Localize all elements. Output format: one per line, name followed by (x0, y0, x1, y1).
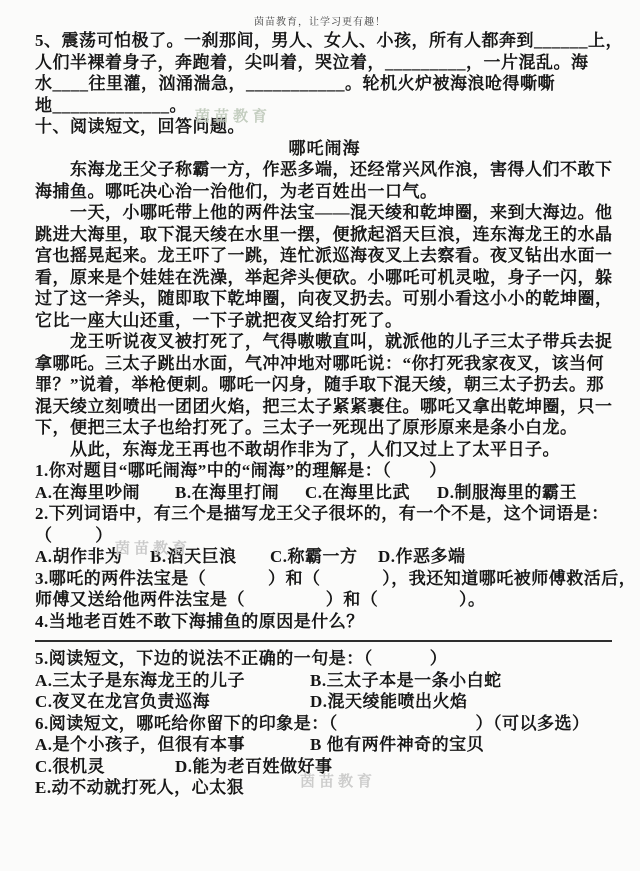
story-line: 一天，小哪吒带上他的两件法宝——混天绫和乾坤圈，来到大海边。他 (35, 202, 614, 224)
question-6-options-row1: A.是个小孩子，但很有本事 B 他有两件神奇的宝贝 (35, 734, 614, 756)
story-line: 龙王听说夜叉被打死了，气得嗷嗷直叫，就派他的儿子三太子带兵去捉 (35, 331, 614, 353)
question-3-line: 3.哪吒的两件法宝是（ ）和（ ），我还知道哪吒被师傅救活后， (35, 568, 614, 590)
question-2-options: A.胡作非为 B.滔天巨浪 C.称霸一方 D.作恶多端 (35, 546, 614, 568)
option-a: A.在海里吵闹 (35, 482, 175, 504)
option-b: B.在海里打闹 (175, 482, 305, 504)
story-line: 跳进大海里，取下混天绫在水里一摆，便掀起滔天巨浪，连东海龙王的水晶 (35, 224, 614, 246)
section-heading: 十、阅读短文，回答问题。 (35, 116, 614, 138)
option-d: D.混天绫能喷出火焰 (310, 691, 468, 713)
page-header-slogan: 茵苗教育，让学习更有趣！ (0, 0, 640, 30)
section-divider (35, 640, 612, 642)
worksheet-page: 茵苗教育，让学习更有趣！ 5、震荡可怕极了。一刹那间，男人、女人、小孩，所有人都… (0, 0, 640, 871)
option-b: B.三太子本是一条小白蛇 (310, 670, 502, 692)
worksheet-content: 5、震荡可怕极了。一刹那间，男人、女人、小孩，所有人都奔到______上， 人们… (0, 30, 640, 799)
story-line: 它比一座大山还重，一下子就把夜叉给打死了。 (35, 310, 614, 332)
story-line: 混天绫立刻喷出一团团火焰，把三太子紧紧裹住。哪吒又拿出乾坤圈，只一 (35, 396, 614, 418)
question-5-options-row1: A.三太子是东海龙王的儿子 B.三太子本是一条小白蛇 (35, 670, 614, 692)
fill-line: 地_____________。 (35, 95, 614, 117)
fill-line: 人们半裸着身子，奔跑着，尖叫着，哭泣着，_________，一片混乱。海 (35, 52, 614, 74)
question-2-text: 2.下列词语中，有三个是描写龙王父子很坏的，有一个不是，这个词语是： (35, 503, 614, 525)
question-6-text: 6.阅读短文，哪吒给你留下的印象是：（ ）（可以多选） (35, 713, 614, 735)
option-a: A.是个小孩子，但很有本事 (35, 734, 310, 756)
option-b: B.滔天巨浪 (150, 546, 270, 568)
option-d: D.能为老百姓做好事 (175, 756, 333, 778)
option-d: D.制服海里的霸王 (437, 482, 577, 504)
question-6-options-row2: C.很机灵 D.能为老百姓做好事 (35, 756, 614, 778)
story-line: 罪？”说着，举枪便刺。哪吒一闪身，随手取下混天绫，朝三太子扔去。那 (35, 374, 614, 396)
option-b: B 他有两件神奇的宝贝 (310, 734, 484, 756)
question-2-blank: （ ） (35, 525, 614, 547)
question-6-option-e: E.动不动就打死人，心太狠 (35, 777, 614, 799)
option-d: D.作恶多端 (378, 546, 466, 568)
question-1-text: 1.你对题目“哪吒闹海”中的“闹海”的理解是：（ ） (35, 460, 614, 482)
story-line: 宫也摇晃起来。龙王吓了一跳，连忙派巡海夜叉上去察看。夜叉钻出水面一 (35, 245, 614, 267)
story-line: 下，便把三太子也给打死了。三太子一死现出了原形原来是条小白龙。 (35, 417, 614, 439)
question-1-options: A.在海里吵闹 B.在海里打闹 C.在海里比武 D.制服海里的霸王 (35, 482, 614, 504)
story-line: 看，原来是个娃娃在洗澡，举起斧头便砍。小哪吒可机灵啦，身子一闪，躲 (35, 267, 614, 289)
option-c: C.在海里比武 (305, 482, 437, 504)
fill-question-block: 5、震荡可怕极了。一刹那间，男人、女人、小孩，所有人都奔到______上， 人们… (35, 30, 614, 116)
story-line: 拿哪吒。三太子跳出水面，气冲冲地对哪吒说：“你打死我家夜叉，该当何 (35, 353, 614, 375)
story-body: 东海龙王父子称霸一方，作恶多端，还经常兴风作浪，害得人们不敢下 海捕鱼。哪吒决心… (35, 159, 614, 460)
story-line: 过了这一斧头，随即取下乾坤圈，向夜叉扔去。可别小看这小小的乾坤圈， (35, 288, 614, 310)
story-line: 东海龙王父子称霸一方，作恶多端，还经常兴风作浪，害得人们不敢下 (35, 159, 614, 181)
question-4-text: 4.当地老百姓不敢下海捕鱼的原因是什么？ (35, 611, 614, 633)
question-3-line: 师傅又送给他两件法宝是（ ）和（ ）。 (35, 589, 614, 611)
option-a: A.胡作非为 (35, 546, 150, 568)
fill-line: 水____往里灌，汹涌湍急，___________。轮机火炉被海浪呛得嘶嘶 (35, 73, 614, 95)
question-5-options-row2: C.夜叉在龙宫负责巡海 D.混天绫能喷出火焰 (35, 691, 614, 713)
story-line: 海捕鱼。哪吒决心治一治他们，为老百姓出一口气。 (35, 181, 614, 203)
story-line: 从此，东海龙王再也不敢胡作非为了，人们又过上了太平日子。 (35, 439, 614, 461)
option-c: C.称霸一方 (270, 546, 378, 568)
story-title: 哪吒闹海 (35, 138, 614, 160)
option-c: C.很机灵 (35, 756, 175, 778)
option-a: A.三太子是东海龙王的儿子 (35, 670, 310, 692)
question-5-text: 5.阅读短文，下边的说法不正确的一句是：（ ） (35, 648, 614, 670)
option-c: C.夜叉在龙宫负责巡海 (35, 691, 310, 713)
fill-line: 5、震荡可怕极了。一刹那间，男人、女人、小孩，所有人都奔到______上， (35, 30, 614, 52)
